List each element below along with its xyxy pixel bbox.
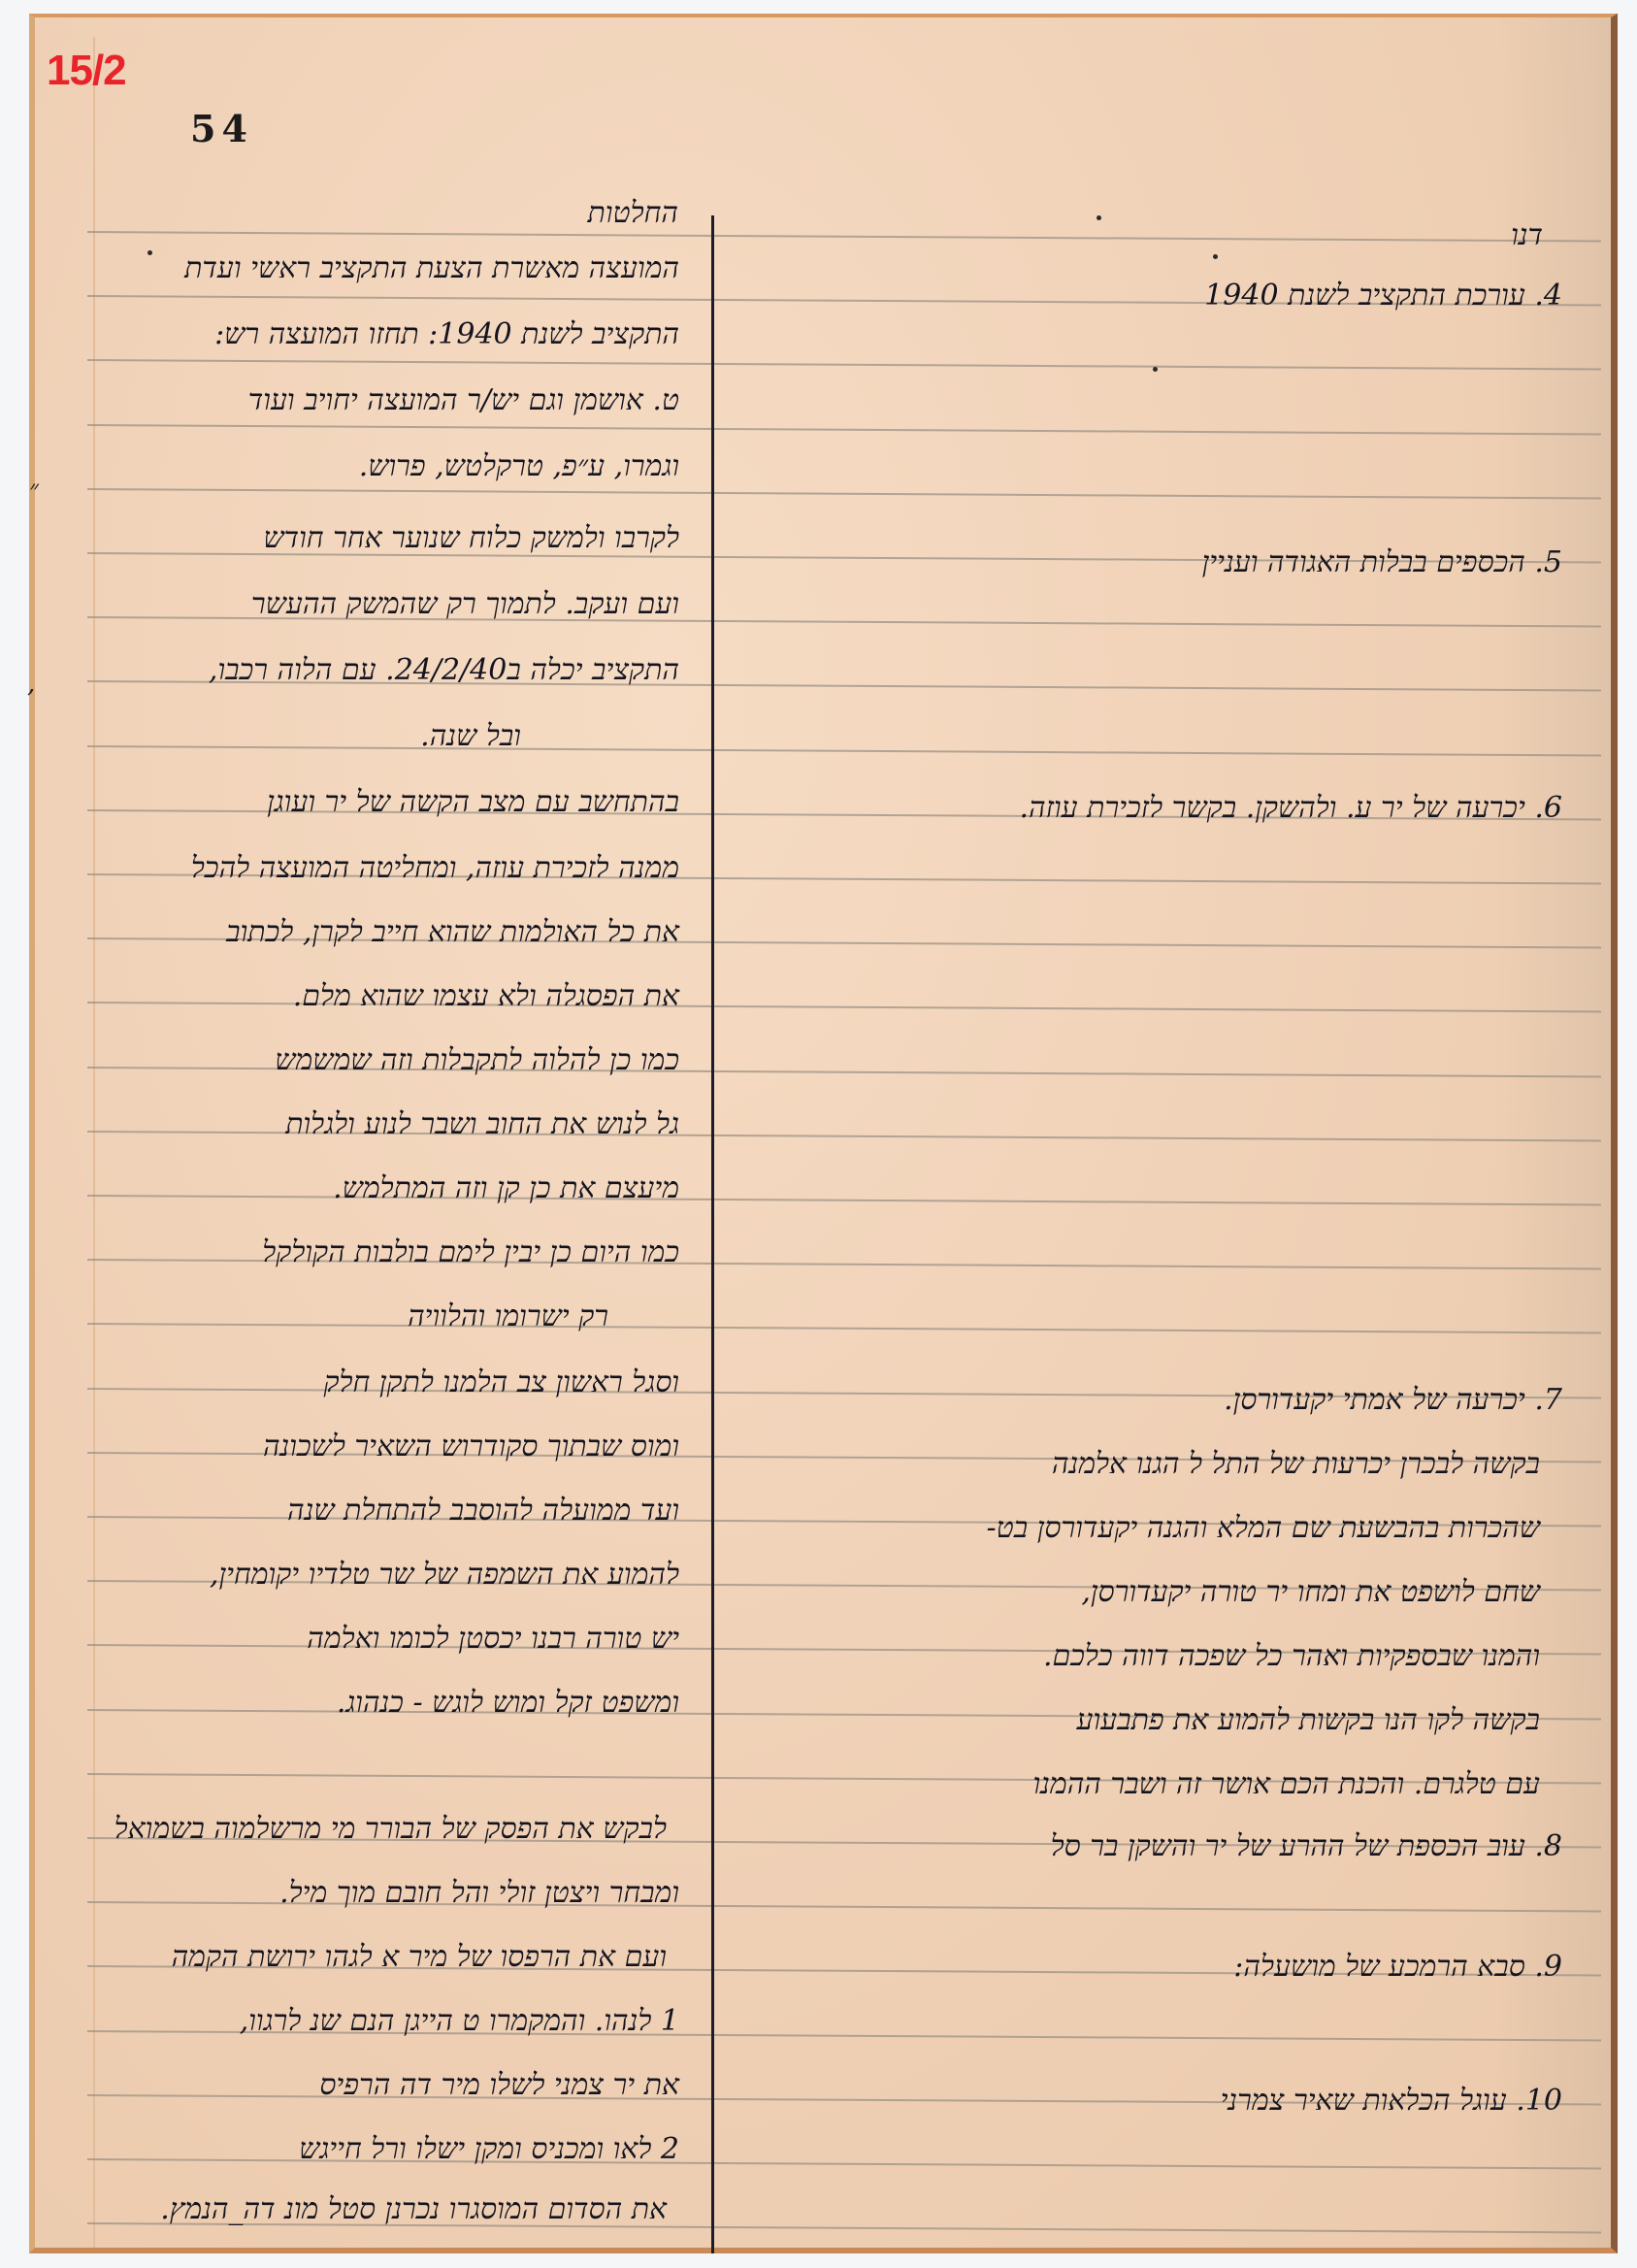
left-line: ומבחר ויצטן זולי והל חובם מוך מיל. bbox=[279, 1879, 679, 1908]
agenda-item-7-line: בקשה לבכרן יכרעות של התל ל הגנו אלמנה bbox=[1052, 1450, 1540, 1479]
agenda-item-7-line: שחם לושפט את ומחו יר טורה יקעדורסן, bbox=[1081, 1578, 1540, 1607]
left-line: וסגל ראשון צב הלמנו לתקן חלק bbox=[323, 1368, 679, 1397]
agenda-number: 7. bbox=[1534, 1383, 1562, 1417]
left-line: ומוס שבתוך סקודרוש השאיר לשכונה bbox=[263, 1432, 679, 1462]
archive-stamp: 15/2 bbox=[47, 47, 126, 95]
left-line: להמוע את השמפה של שר טלדיו יקומחין, bbox=[210, 1561, 679, 1590]
agenda-number: 5. bbox=[1534, 545, 1562, 579]
agenda-item-9: 9. סבא הרמכע של מושעלה: bbox=[1233, 1953, 1562, 1982]
agenda-number: 4. bbox=[1534, 279, 1562, 312]
right-column-header: דנו bbox=[1511, 221, 1543, 250]
left-line: את הפסגלה ולא עצמו שהוא מלם. bbox=[293, 982, 679, 1011]
left-line: את הסדום המוסגרו נכרנן סטל מונ דה_הנמץ. bbox=[160, 2195, 667, 2224]
margin-mark: ״ bbox=[29, 476, 39, 505]
agenda-item-7-line: שהכרות בהבשעת שם המלא והגנה יקעדורסן בט- bbox=[987, 1514, 1540, 1543]
left-line: המועצה מאשרת הצעת התקציב ראשי ועדת bbox=[184, 254, 679, 283]
agenda-item-6: 6. יכרעה של יר ע. ולהשקן. בקשר לזכירת עו… bbox=[1020, 794, 1563, 823]
agenda-item-10: 10. עוגל הכלאות שאיר צמרני bbox=[1221, 2087, 1562, 2116]
agenda-item-7-line: והמנו שבספקיות ואהר כל שפכה דווה כלכם. bbox=[1043, 1642, 1540, 1671]
agenda-item-8: 8. עוב הכספת של ההרע של יר והשקן בר סל bbox=[1051, 1832, 1562, 1861]
left-line: לקרבו ולמשק כלוח שנוער אחר חודש bbox=[263, 524, 679, 553]
left-line: כמו היום כן יבין לימם בולבות הקולקל bbox=[262, 1238, 679, 1267]
agenda-item-5: 5. הכספים בבלות האגודה ועניין bbox=[1202, 548, 1562, 577]
left-line: ממנה לזכירת עוזה, ומחליטה המועצה להכל bbox=[191, 854, 679, 883]
ink-dot bbox=[1097, 215, 1101, 220]
agenda-item-4: 4. עורכת התקציב לשנת 1940 bbox=[1204, 281, 1562, 311]
margin-mark: , bbox=[27, 670, 35, 699]
left-line: ועם ועקב. לתמוך רק שהמשק ההעשר bbox=[251, 590, 679, 619]
left-line: בהתחשב עם מצב הקשה של יר ועוגן bbox=[267, 788, 679, 817]
agenda-text: סבא הרמכע של מושעלה: bbox=[1233, 1950, 1525, 1984]
left-line: וגמרו, ע״פ, טרקלטש, פרוש. bbox=[359, 452, 679, 481]
left-line: ועד ממועלה להוסבב להתחלת שנה bbox=[287, 1496, 679, 1526]
left-line: כמו כן להלוה לתקבלות וזה שמשמש bbox=[275, 1046, 679, 1075]
left-line: 2 לאו ומכניס ומקן ישלו ורל חייגש bbox=[299, 2135, 679, 2164]
left-column-header: החלטות bbox=[588, 199, 678, 228]
left-line: את כל האולמות שהוא חייב לקרן, לכתוב bbox=[226, 918, 679, 947]
left-line: ועם את הרפסו של מיר א לגהו ירושת הקמה bbox=[172, 1943, 667, 1972]
ink-dot bbox=[1213, 254, 1218, 259]
agenda-text: יכרעה של יר ע. ולהשקן. בקשר לזכירת עוזה. bbox=[1020, 791, 1525, 825]
agenda-number: 6. bbox=[1534, 791, 1562, 825]
agenda-number: 10. bbox=[1516, 2084, 1562, 2118]
left-line: לבקש את הפסק של הבורר מי מרשלמוה בשמואל bbox=[115, 1815, 667, 1844]
left-line: את יר צמני לשלו מיר דה הרפיס bbox=[319, 2071, 679, 2100]
agenda-text: יכרעה של אמתי יקעדורסן. bbox=[1224, 1383, 1525, 1417]
left-line: יש טורה רבנו יכסטן לכומו ואלמה bbox=[307, 1625, 679, 1654]
left-line: ט. אושמן וגם יש/ר המועצה יחויב ועוד bbox=[248, 386, 679, 415]
page-number: 54 bbox=[190, 107, 253, 150]
agenda-text: עורכת התקציב לשנת 1940 bbox=[1204, 279, 1525, 312]
column-divider bbox=[711, 215, 714, 2253]
left-line: ובל שנה. bbox=[420, 722, 521, 751]
left-line: רק ישרומו והלוויה bbox=[408, 1302, 608, 1331]
ink-dot bbox=[1153, 367, 1158, 372]
left-line: גל לנוש את החוב ושבר לנוע ולגלות bbox=[285, 1110, 679, 1139]
agenda-text: עוב הכספת של ההרע של יר והשקן בר סל bbox=[1051, 1829, 1525, 1863]
agenda-number: 9. bbox=[1534, 1950, 1562, 1984]
agenda-text: עוגל הכלאות שאיר צמרני bbox=[1221, 2084, 1507, 2118]
left-line: התקציב לשנת 1940: תחזו המועצה רש: bbox=[214, 320, 679, 349]
left-line: מיעצם את כן קן וזה המתלמש. bbox=[333, 1174, 679, 1203]
left-line: 1 לנהו. והמקמרו ט הייגן הנם שנ לרגוו, bbox=[240, 2007, 679, 2036]
agenda-text: הכספים בבלות האגודה ועניין bbox=[1202, 545, 1525, 579]
ink-dot bbox=[147, 250, 152, 255]
agenda-item-7-line: בקשה לקו הנו בקשות להמוע את פתבעוע bbox=[1077, 1706, 1541, 1735]
agenda-item-7-line: עם טלגרם. והכנת הכם אושר זה ושבר ההמנו bbox=[1032, 1770, 1540, 1799]
binding-margin bbox=[93, 37, 95, 2248]
agenda-number: 8. bbox=[1534, 1829, 1562, 1863]
agenda-item-7: 7. יכרעה של אמתי יקעדורסן. bbox=[1224, 1386, 1562, 1415]
left-line: ומשפט זקל ומוש לוגש - כנהוג. bbox=[337, 1689, 679, 1718]
left-line: התקציב יכלה ב24/2/40. עם הלוה רכבו, bbox=[209, 656, 679, 685]
page-edge-shadow bbox=[1494, 17, 1611, 2248]
